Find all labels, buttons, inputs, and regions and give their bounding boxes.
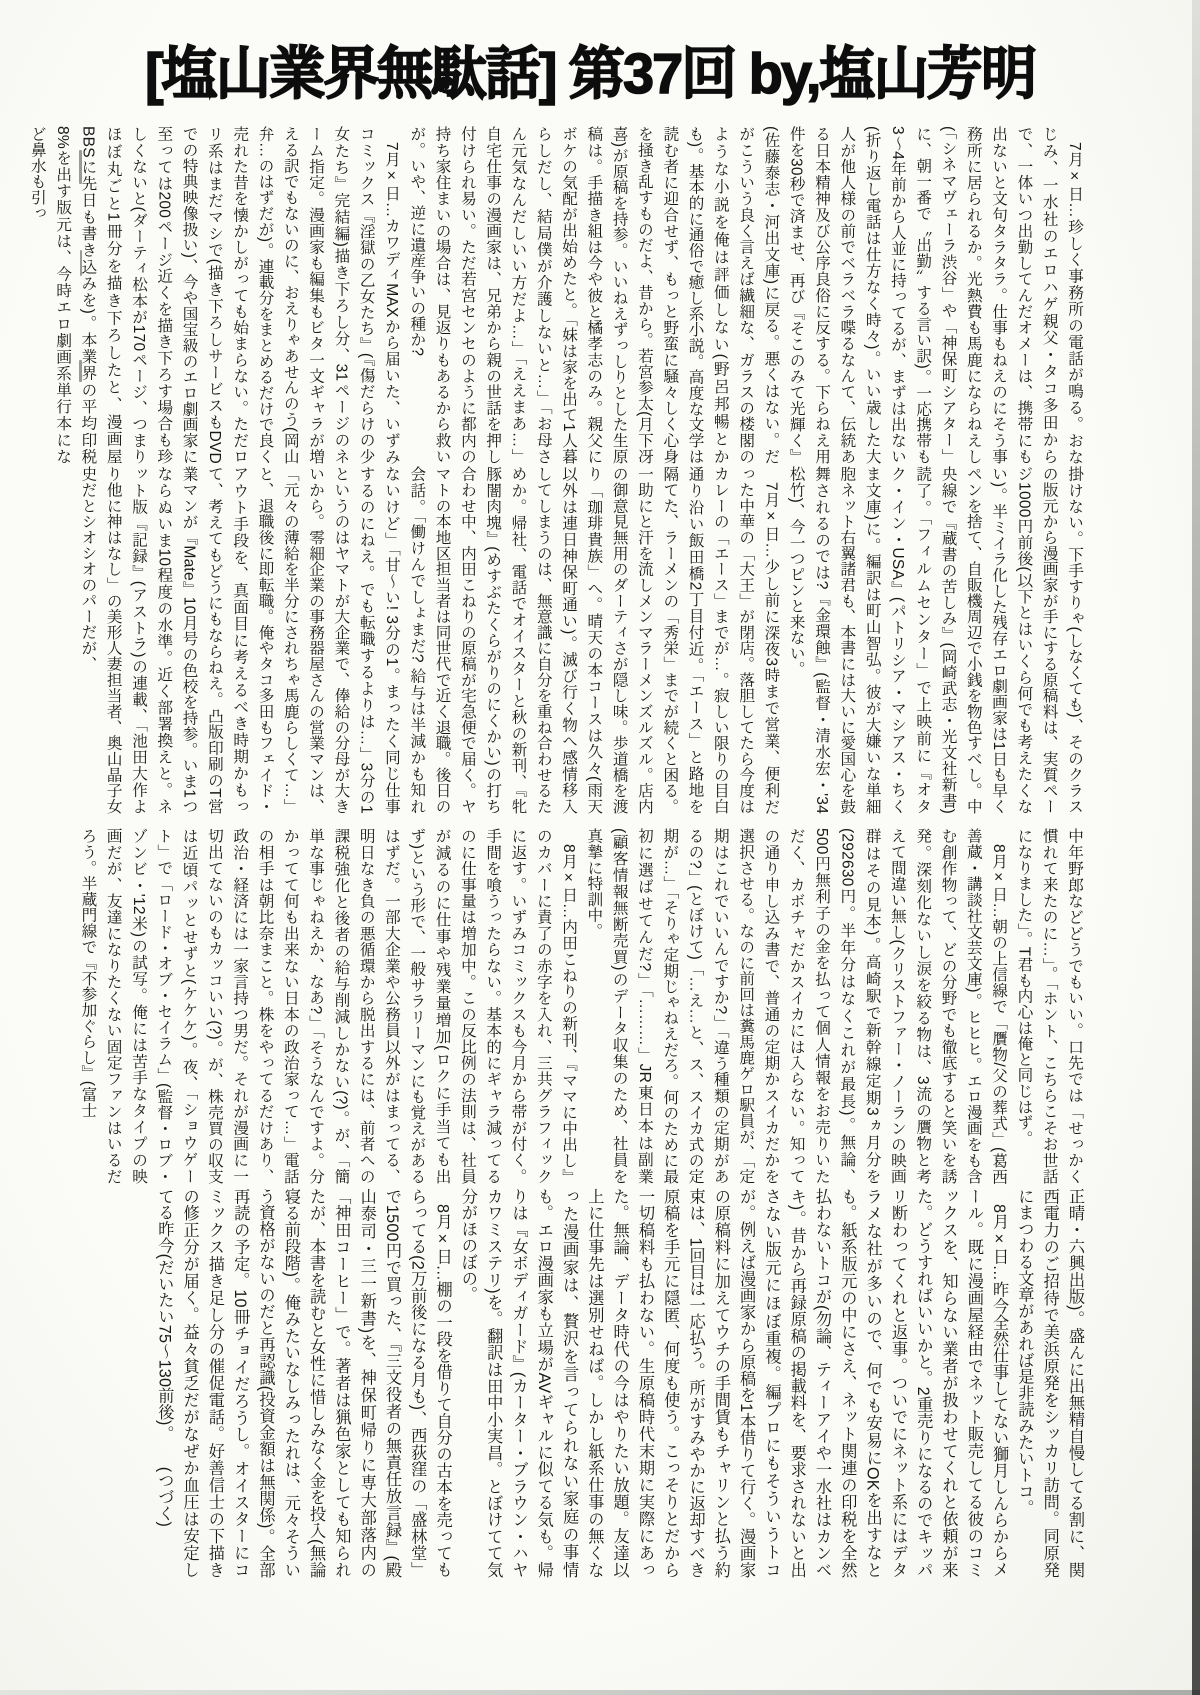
diary-paragraph: 8月×日…朝の上信線で「贋物/父の葬式」(葛西善蔵・講談社文芸文庫)。ヒヒヒ。エ… — [581, 828, 1011, 1184]
text-band-2: 掛けない。下手すりゃ(しなくても)、そのクラスの版元から漫画家が手にする原稿料は… — [75, 466, 1087, 814]
scan-noise-speck — [80, 250, 82, 276]
diary-paragraph: 8月×日…昨今全然仕事してない獅月しんらからメール。既に漫画屋経由でネット販売し… — [455, 1188, 1012, 1578]
scan-edge-shadow-bottom — [0, 1690, 1200, 1695]
text-band-1: 7月×日…珍しく事務所の電話が鳴る。おなじみ、一水社のエロハゲ親父・タコ多田から… — [75, 126, 1087, 464]
diary-paragraph: 8月×日…内田こねりの新刊、『ママに中出し』のカバーに責了の赤字を入れ、三共グラ… — [75, 828, 581, 1184]
diary-paragraph: 掛けない。下手すりゃ(しなくても)、そのクラスの版元から漫画家が手にする原稿料は… — [783, 466, 1087, 814]
diary-paragraph: 正晴・六興出版)。盛んに出無精自慢してる割に、関西電力のご招待で美浜原発をシッカ… — [1011, 1188, 1087, 1578]
text-band-4: 正晴・六興出版)。盛んに出無精自慢してる割に、関西電力のご招待で美浜原発をシッカ… — [75, 1188, 1087, 1578]
scanned-page-background: [塩山業界無駄話] 第37回 by,塩山芳明 7月×日…珍しく事務所の電話が鳴る… — [0, 0, 1200, 1695]
scan-edge-shadow-right — [1192, 0, 1200, 1695]
scan-noise-speck — [79, 150, 82, 184]
diary-paragraph: 7月×日…珍しく事務所の電話が鳴る。おなじみ、一水社のエロハゲ親父・タコ多田から… — [404, 126, 1087, 464]
scan-noise-speck — [79, 360, 82, 382]
text-band-3: 中年野郎などどうでもいい。口先では「せっかく慣れて来たのに…」。「ホント、こちら… — [75, 828, 1087, 1184]
diary-paragraph: 7月×日…少し前に深夜3時まで営業、便利だった中華の「大王」が閉店。落胆してたら… — [75, 466, 783, 814]
diary-paragraph: 8月×日…棚の一段を借りて自分の古本を売ってもらってる(2万前後になる月も)、西… — [151, 1188, 455, 1578]
diary-paragraph: 中年野郎などどうでもいい。口先では「せっかく慣れて来たのに…」。「ホント、こちら… — [1011, 828, 1087, 1184]
page-title: [塩山業界無駄話] 第37回 by,塩山芳明 — [71, 28, 1110, 110]
